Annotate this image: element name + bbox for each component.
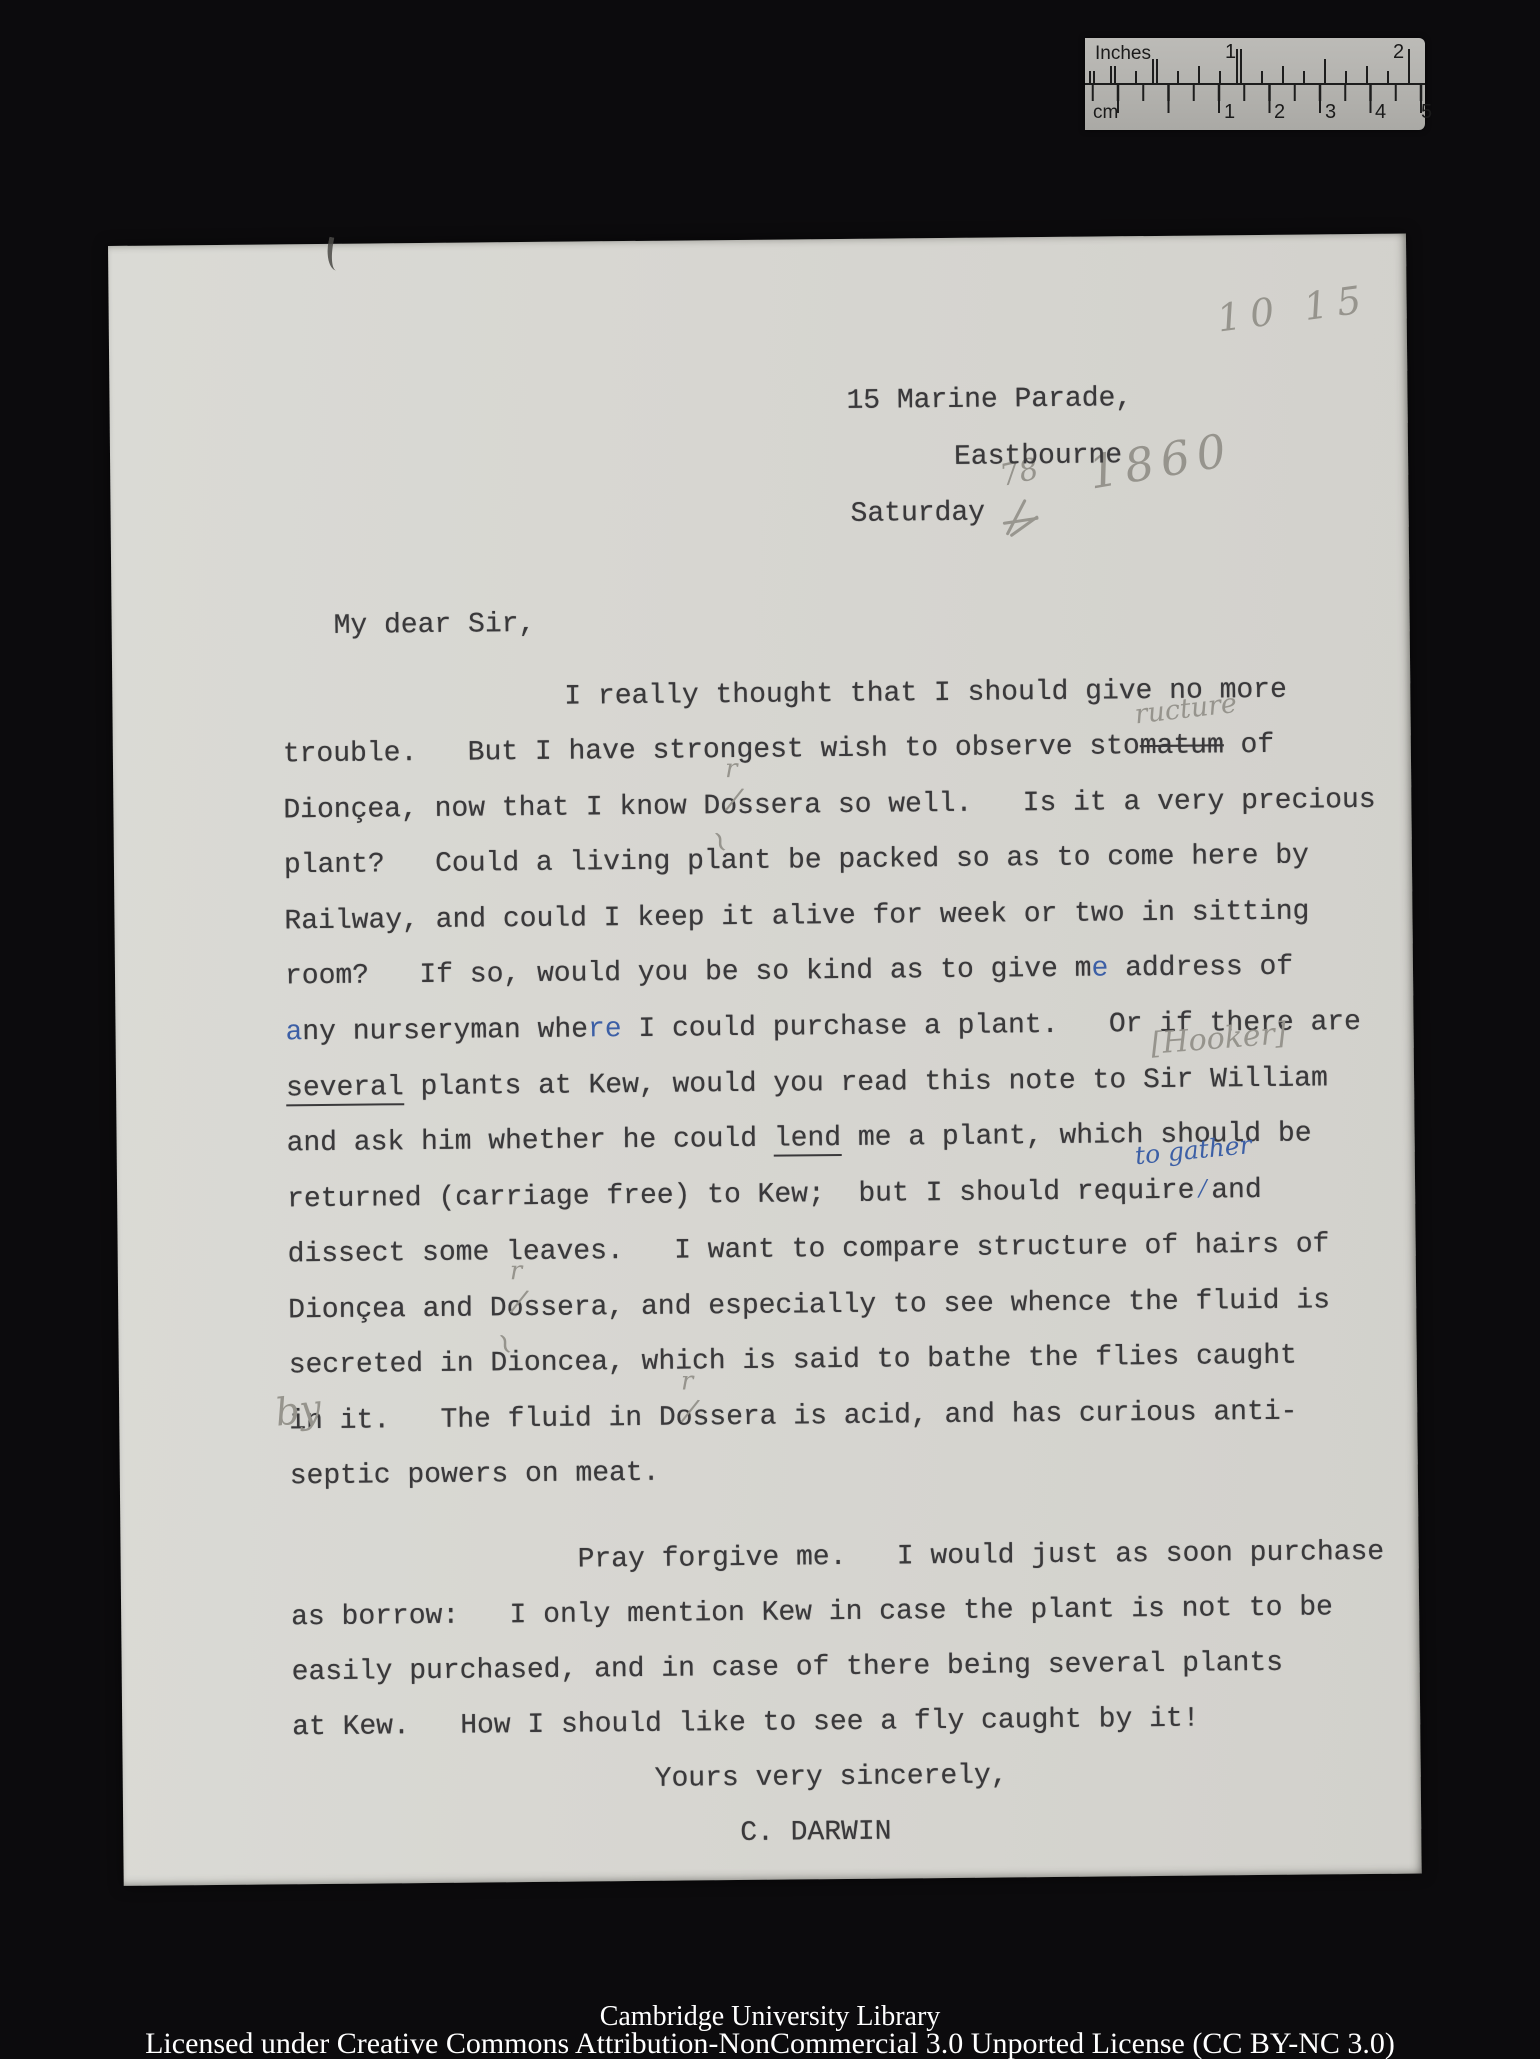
- body-line: Railway, and could I keep it alive for w…: [284, 895, 1309, 939]
- ruler-cm-ticks: [1085, 85, 1425, 113]
- body-line: in it. The fluid in Dossera is acid, and…: [289, 1396, 1297, 1440]
- body-line: plant? Could a living plant be packed so…: [284, 840, 1309, 884]
- address-line: 15 Marine Parade,: [846, 382, 1132, 419]
- ruler-inch-number: 2: [1393, 41, 1404, 64]
- pencil-folio-annotation: 10 15: [1214, 277, 1372, 341]
- body-line: returned (carriage free) to Kew; but I s…: [287, 1174, 1262, 1217]
- ruler-inches-label: Inches: [1095, 43, 1151, 65]
- pencil-r-insertion: r: [725, 754, 738, 784]
- closing: Yours very sincerely,: [655, 1759, 1008, 1796]
- body-line: as borrow: I only mention Kew in case th…: [291, 1591, 1333, 1635]
- struck-word: matum: [1140, 730, 1224, 762]
- underlined-word: several: [286, 1072, 404, 1106]
- body-line: dissect some leaves. I want to compare s…: [288, 1228, 1330, 1272]
- scanned-letter-page: Inches 1 2 cm 1 2 3 4 5 10 15 1860 78 15…: [0, 0, 1540, 2059]
- pencil-scribble-mark: [996, 495, 1042, 547]
- ruler-cm-number: 5: [1421, 101, 1432, 124]
- pencil-correction-by: by: [273, 1386, 324, 1435]
- ink-correction: re: [588, 1014, 622, 1045]
- ruler-cm-number: 1: [1224, 101, 1235, 124]
- ruler-cm-number: 4: [1375, 101, 1386, 124]
- body-line: at Kew. How I should like to see a fly c…: [292, 1703, 1200, 1746]
- ruler-cm-number: 2: [1274, 101, 1285, 124]
- body-line: easily purchased, and in case of there b…: [292, 1647, 1284, 1691]
- body-line: room? If so, would you be so kind as to …: [285, 951, 1293, 995]
- body-line: several plants at Kew, would you read th…: [286, 1062, 1328, 1106]
- ruler-cm-label: cm: [1093, 102, 1118, 124]
- ruler-inch-number: 1: [1225, 41, 1236, 64]
- measurement-ruler: Inches 1 2 cm 1 2 3 4 5: [1085, 38, 1425, 130]
- footer-license-text: Licensed under Creative Commons Attribut…: [0, 2027, 1540, 2059]
- body-line: trouble. But I have strongest wish to ob…: [283, 729, 1275, 773]
- body-line: Dionçea and Dossera, and especially to s…: [288, 1284, 1330, 1328]
- ink-correction: e: [1091, 953, 1108, 984]
- underlined-word: lend: [774, 1123, 842, 1157]
- address-line: Saturday: [850, 497, 985, 532]
- pencil-r-insertion: r: [681, 1366, 694, 1396]
- ruler-cm-number: 3: [1325, 101, 1336, 124]
- pencil-r-insertion: r: [510, 1256, 523, 1286]
- salutation: My dear Sir,: [334, 608, 536, 644]
- address-line: Eastbourne: [954, 439, 1122, 475]
- letter-sheet: 10 15 1860 78 15 Marine Parade, Eastbour…: [108, 234, 1422, 1886]
- body-line: Pray forgive me. I would just as soon pu…: [577, 1536, 1384, 1578]
- ink-insertion-slash: ∕: [1194, 1175, 1211, 1206]
- signature: C. DARWIN: [740, 1816, 892, 1851]
- body-line: secreted in Dioncea, which is said to ba…: [289, 1340, 1297, 1384]
- body-line: Dionçea, now that I know Dossera so well…: [283, 784, 1375, 828]
- ink-correction: a: [285, 1017, 302, 1048]
- body-line: septic powers on meat.: [290, 1457, 660, 1495]
- ink-mark: [323, 237, 344, 271]
